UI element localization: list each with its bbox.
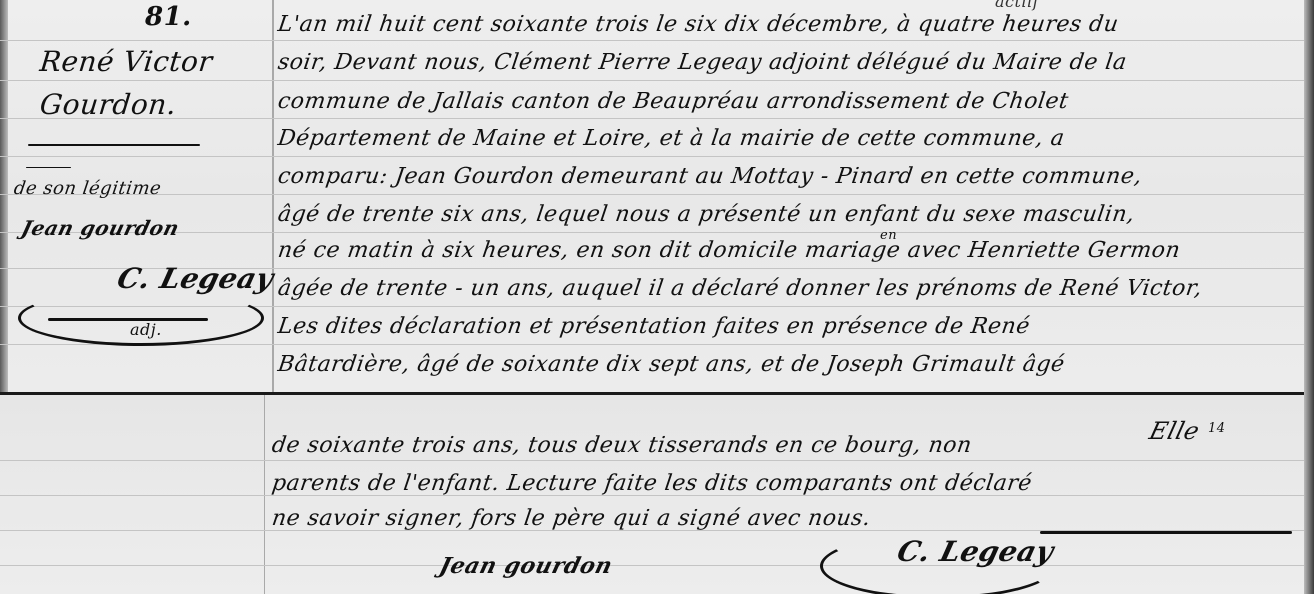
name-underline — [28, 144, 200, 146]
margin-divider — [272, 0, 274, 392]
previous-entry-fragment: actiif — [995, 0, 1039, 11]
ruled-line — [0, 118, 1314, 119]
ruled-line — [0, 80, 1314, 81]
record-continuation-1: de soixante trois ans, tous deux tissera… — [270, 433, 973, 458]
insertion-mark: 14 — [1208, 421, 1226, 436]
record-line-9: Les dites déclaration et présentation fa… — [276, 314, 1031, 339]
child-name-first: René Victor — [38, 45, 214, 78]
interlinear-insertion: en — [880, 228, 897, 243]
record-line-5: comparu: Jean Gourdon demeurant au Motta… — [276, 164, 1143, 189]
margin-insertion: Elle — [1147, 417, 1203, 445]
record-line-1: L'an mil huit cent soixante trois le six… — [276, 12, 1120, 37]
signature-paraph — [820, 533, 1056, 594]
ruled-line — [0, 460, 1314, 461]
ruled-line — [0, 194, 1314, 195]
record-line-4: Département de Maine et Loire, et à la m… — [276, 126, 1066, 151]
ruled-line — [0, 40, 1314, 41]
father-signature: Jean gourdon — [437, 553, 615, 579]
margin-note: de son légitime — [13, 178, 163, 199]
entry-number: 81. — [145, 2, 192, 32]
ruled-line — [0, 156, 1314, 157]
record-line-2: soir, Devant nous, Clément Pierre Legeay… — [276, 50, 1128, 75]
record-continuation-2: parents de l'enfant. Lecture faite les d… — [270, 471, 1033, 496]
record-line-7: né ce matin à six heures, en son dit dom… — [276, 238, 1182, 263]
ruled-line — [0, 344, 1314, 345]
record-line-6: âgé de trente six ans, lequel nous a pré… — [276, 202, 1136, 227]
official-title-abbrev: adj. — [130, 320, 162, 339]
ruled-line — [0, 232, 1314, 233]
record-line-10: Bâtardière, âgé de soixante dix sept ans… — [276, 352, 1066, 377]
record-line-3: commune de Jallais canton de Beaupréau a… — [276, 89, 1070, 114]
ruled-line — [0, 565, 1314, 566]
closing-line — [1040, 531, 1292, 534]
child-name-surname: Gourdon. — [38, 88, 178, 121]
margin-dash — [26, 167, 71, 168]
page-binding-edge-right — [1304, 0, 1314, 594]
page-binding-edge — [0, 0, 8, 392]
record-line-8: âgée de trente - un ans, auquel il a déc… — [276, 276, 1204, 301]
register-page-lower: de soixante trois ans, tous deux tissera… — [0, 395, 1314, 594]
register-page-upper: actiif 81. René Victor Gourdon. de son l… — [0, 0, 1314, 395]
father-signature-margin: Jean gourdon — [19, 216, 182, 240]
record-continuation-3: ne savoir signer, fors le père qui a sig… — [270, 506, 872, 531]
